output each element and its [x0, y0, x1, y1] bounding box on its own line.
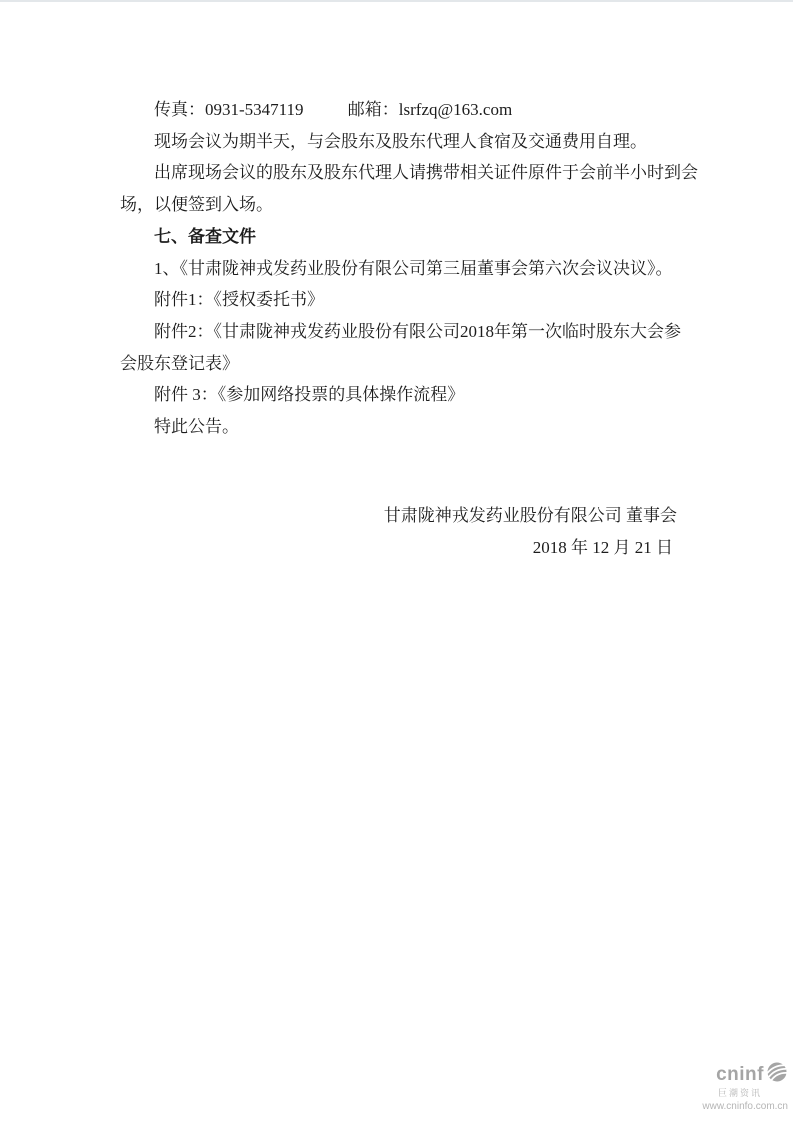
- attachment-3: 附件 3：《参加网络投票的具体操作流程》: [120, 379, 680, 411]
- cninfo-swirl-icon: [766, 1061, 788, 1087]
- signature-block: 甘肃陇神戎发药业股份有限公司 董事会 2018 年 12 月 21 日: [384, 500, 677, 564]
- closing-statement: 特此公告。: [120, 411, 680, 443]
- signature-company: 甘肃陇神戎发药业股份有限公司 董事会: [384, 500, 677, 532]
- attendance-text-line1: 出席现场会议的股东及股东代理人请携带相关证件原件于会前半小时到会: [120, 157, 680, 189]
- cninfo-chinese-name: 巨潮资讯: [702, 1089, 788, 1098]
- fax-text: 传真：0931-5347119: [154, 100, 304, 119]
- section-heading: 七、备查文件: [120, 221, 680, 253]
- cninfo-brand-text: cninf: [716, 1065, 764, 1084]
- document-body: 传真：0931-5347119 邮箱：lsrfzq@163.com 现场会议为期…: [120, 94, 680, 443]
- page-top-edge: [0, 0, 793, 2]
- cninfo-logo-row: cninf: [702, 1061, 788, 1087]
- email-text: 邮箱：lsrfzq@163.com: [348, 100, 512, 119]
- cninfo-watermark: cninf 巨潮资讯 www.cninfo.com.cn: [702, 1061, 788, 1112]
- cninfo-url: www.cninfo.com.cn: [702, 1102, 788, 1112]
- attendance-text-line2: 场，以便签到入场。: [120, 189, 680, 221]
- attachment-1: 附件1：《授权委托书》: [120, 284, 680, 316]
- signature-date: 2018 年 12 月 21 日: [384, 532, 677, 564]
- reference-item-1: 1、《甘肃陇神戎发药业股份有限公司第三届董事会第六次会议决议》。: [120, 253, 680, 285]
- attachment-2-line1: 附件2：《甘肃陇神戎发药业股份有限公司2018年第一次临时股东大会参: [120, 316, 680, 348]
- meeting-duration-text: 现场会议为期半天，与会股东及股东代理人食宿及交通费用自理。: [120, 126, 680, 158]
- contact-line: 传真：0931-5347119 邮箱：lsrfzq@163.com: [120, 94, 680, 126]
- document-page: 传真：0931-5347119 邮箱：lsrfzq@163.com 现场会议为期…: [0, 0, 793, 1122]
- attachment-2-line2: 会股东登记表》: [120, 348, 680, 380]
